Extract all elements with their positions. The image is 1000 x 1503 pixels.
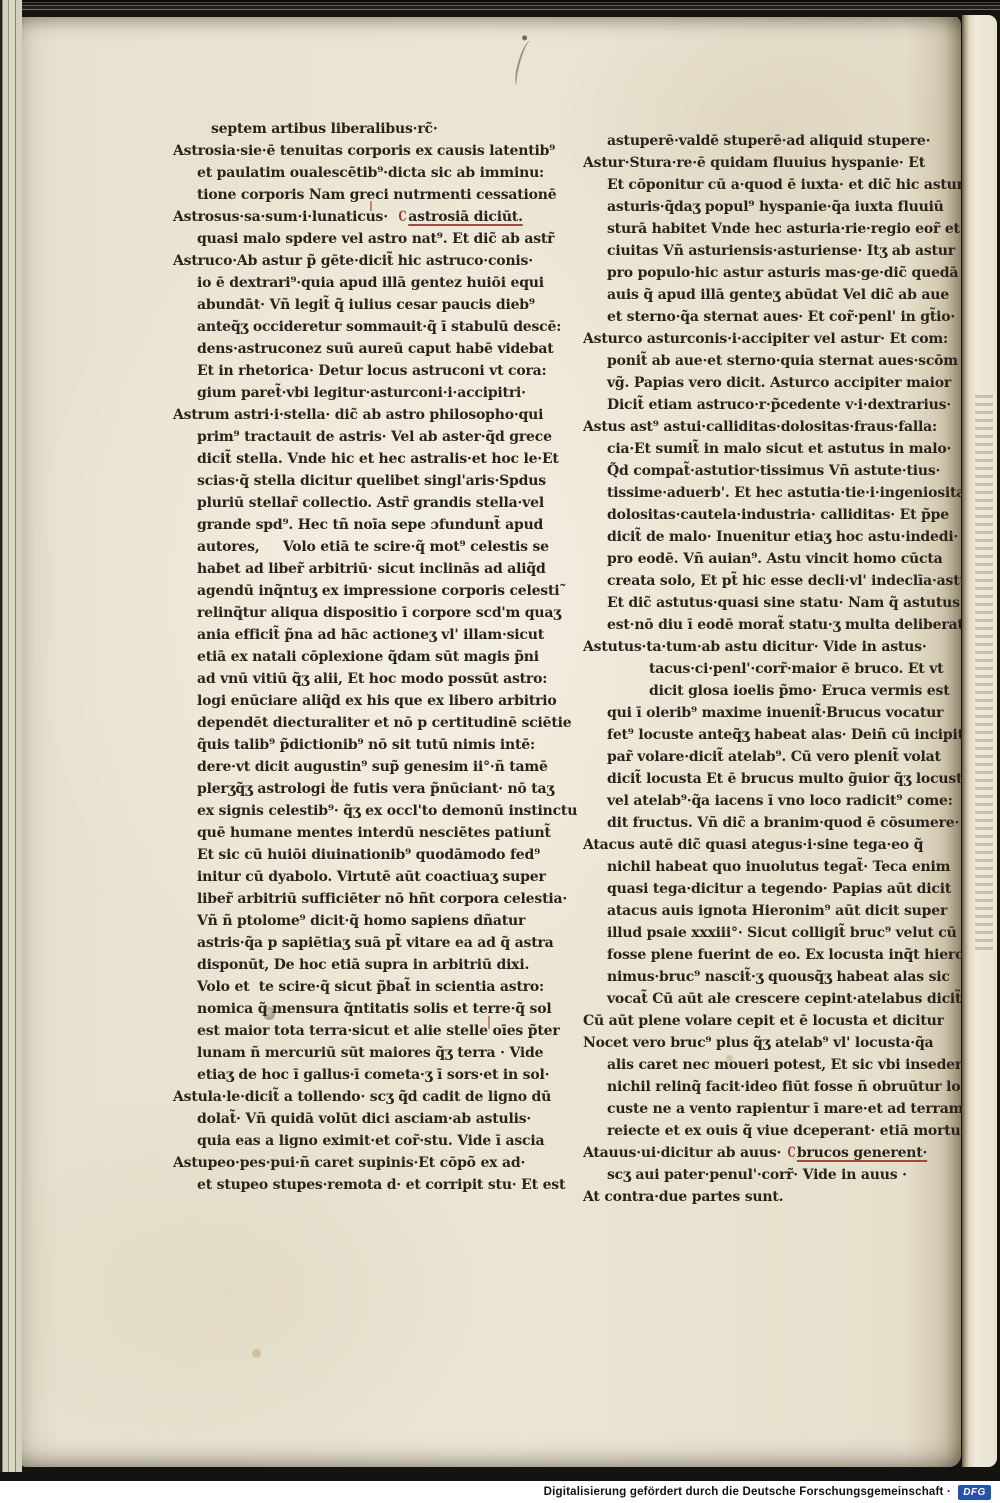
manuscript-text-line: dicit glosa ioelis p̃mo· Eruca vermis es… [649,680,979,702]
manuscript-text-line: vg̃. Papias vero dicit. Asturco accipite… [607,372,979,394]
manuscript-text-line: tacus·ci·penl'·corr̃·maior ē bruco. Et v… [649,658,979,680]
manuscript-text-line: ania efficit̃ p̃na ad hāc actioneʒ vl' i… [197,624,569,646]
manuscript-text-line: abundāt· Vñ legit̃ q̃ iulius cesar pauci… [197,294,569,316]
manuscript-text-line: dolositas·cautela·industria· calliditas·… [607,504,979,526]
manuscript-text-line: vocat̃ Cū aūt ale crescere cepint·atelab… [607,988,979,1010]
manuscript-text-line: ciuitas Vñ asturiensis·asturiense· Itʒ a… [607,240,979,262]
manuscript-text-line: dicit̃ locusta Et ē brucus multo g̃uior … [607,768,979,790]
ink-smudge-mark [513,39,536,87]
dfg-logo: DFG [958,1485,991,1500]
page-stack-edge-left [0,0,22,1472]
text-column-left: septem artibus liberalibus·rc̃·Astrosia·… [173,118,569,1196]
manuscript-text-line: Et cōponitur cū a·quod ē iuxta· et dic̃ … [607,174,979,196]
footer-credit-text: Digitalisierung gefördert durch die Deut… [544,1486,951,1498]
manuscript-text-line: Astupeo·pes·pui·ñ caret supinis·Et cōpõ … [173,1152,569,1174]
manuscript-text-line: ad vnū vitiū q̃ʒ alii, Et hoc modo possū… [197,668,569,690]
rubric-paragraph-mark: C [787,1142,795,1164]
manuscript-text-line: scʒ aui pater·penul'·corr̃· Vide in auus… [607,1164,979,1186]
parchment-stain [252,1349,261,1358]
manuscript-text-line: plerʒq̃ʒ astrologi de futis vera p̃nūcia… [197,778,569,800]
manuscript-text-line: etiaʒ de hoc ī gallus·ī cometa·ʒ ī sors·… [197,1064,569,1086]
manuscript-text-line: est maior tota terra·sicut et alie stell… [197,1020,569,1042]
manuscript-text-line: Vñ ñ ptolome⁹ dicit·q̃ homo sapiens dñat… [197,910,569,932]
manuscript-text-line: nomica q̃ mensura q̃ntitatis solis et te… [197,998,569,1020]
manuscript-text-line: pro eodē. Vñ auian⁹. Astu vincit homo cū… [607,548,979,570]
manuscript-text-line: quē humane mentes interdū nesciētes pati… [197,822,569,844]
manuscript-text-line: dicit̃ stella. Vnde hic et hec astralis·… [197,448,569,470]
manuscript-text-line: dicit̃ de malo· Inuenitur etiaʒ hoc astu… [607,526,979,548]
manuscript-text-line: astuperē·valdē stuperē·ad aliquid stuper… [607,130,979,152]
manuscript-text-line: dere·vt dicit augustin⁹ sup̃ genesim ii°… [197,756,569,778]
manuscript-text-line: disponūt, De hoc etiā supra in arbitriū … [197,954,569,976]
manuscript-text-line: gium paret̃·vbi legitur·asturconi·i·acci… [197,382,569,404]
manuscript-text-line: dependēt diecturaliter et nō p certitudi… [197,712,569,734]
manuscript-text-line: ex signis celestib⁹· q̃ʒ ex occl'to demo… [197,800,569,822]
manuscript-text-line: et sterno·q̃a sternat aues· Et cor̃·penl… [607,306,979,328]
manuscript-text-line: Atauus·ui·dicitur ab auus· Cbrucos gener… [583,1142,979,1164]
manuscript-text-line: io ē dextrari⁹·quia apud illā gentez hui… [197,272,569,294]
manuscript-text-line: sturā habitet Vnde hec asturia·rie·regio… [607,218,979,240]
manuscript-text-line: fet⁹ locuste anteq̃ʒ habeat alas· Deiñ c… [607,724,979,746]
manuscript-text-line: Et dic̃ astutus·quasi sine statu· Nam q̃… [607,592,979,614]
digitization-footer: Digitalisierung gefördert durch die Deut… [0,1481,1000,1503]
digitized-book-scan: septem artibus liberalibus·rc̃·Astrosia·… [0,0,1000,1503]
manuscript-text-line: Atacus autē dic̃ quasi ategus·i·sine teg… [583,834,979,856]
manuscript-text-line: Astutus·ta·tum·ab astu dicitur· Vide in … [583,636,979,658]
manuscript-text-line: quasi malo spdere vel astro nat⁹. Et dic… [197,228,569,250]
manuscript-text-line: quia eas a ligno eximit·et cor̃·stu. Vid… [197,1130,569,1152]
manuscript-text-line: autores, Volo etiā te scire·q̃ mot⁹ cele… [197,536,569,558]
manuscript-text-line: etiā ex natali cōplexione q̃dam sūt magi… [197,646,569,668]
manuscript-text-line: nichil habeat quo inuolutus tegat̃· Teca… [607,856,979,878]
manuscript-text-line: Astur·Stura·re·ē quidam fluuius hyspanie… [583,152,979,174]
next-page-ghost-text [975,395,993,955]
manuscript-text-line: creata solo, Et pt̃ hic esse decli·vl' i… [607,570,979,592]
manuscript-text-line: Cū aūt plene volare cepit et ē locusta e… [583,1010,979,1032]
manuscript-text-line: dens·astruconez suū aureū caput habē vid… [197,338,569,360]
manuscript-text-line: tione corporis Nam greci nutrmenti cessa… [197,184,569,206]
manuscript-text-line: Astruco·Ab astur p̃ gēte·dicit̃ hic astr… [173,250,569,272]
manuscript-text-line: custe ne a vento rapientur ī mare·et ad … [607,1098,979,1120]
manuscript-text-line: par̃ volare·dicit̃ atelab⁹. Cū vero plen… [607,746,979,768]
manuscript-text-line: At contra·due partes sunt. [583,1186,979,1208]
manuscript-text-line: cia·Et sumit̃ in malo sicut et astutus i… [607,438,979,460]
manuscript-text-line: Astrosia·sie·ē tenuitas corporis ex caus… [173,140,569,162]
manuscript-text-line: Asturco asturconis·i·accipiter vel astur… [583,328,979,350]
manuscript-text-line: lunam ñ mercuriū sūt maiores q̃ʒ terra ·… [197,1042,569,1064]
manuscript-text-line: qui ī olerib⁹ maxime inuenit̃·Brucus voc… [607,702,979,724]
text-column-right: astuperē·valdē stuperē·ad aliquid stuper… [583,130,979,1208]
manuscript-text-line: relinq̃tur aliqua dispositio ī corpore s… [197,602,569,624]
manuscript-text-line: illud psaie xxxiii°· Sicut colligit̃ bru… [607,922,979,944]
manuscript-text-line: logi enūciare aliq̃d ex his que ex liber… [197,690,569,712]
manuscript-text-line: prim⁹ tractauit de astris· Vel ab aster·… [197,426,569,448]
manuscript-text-line: Nocet vero bruc⁹ plus q̃ʒ atelab⁹ vl' lo… [583,1032,979,1054]
manuscript-text-line: Astrum astri·i·stella· dic̃ ab astro phi… [173,404,569,426]
manuscript-text-line: auis q̃ apud illā genteʒ abūdat Vel dic̃… [607,284,979,306]
manuscript-text-line: habet ad liber̃ arbitriū· sicut inclinās… [197,558,569,580]
rubric-paragraph-mark: C [399,206,407,228]
manuscript-text-line: Q̃d compat̃·astutior·tissimus Vñ astute·… [607,460,979,482]
manuscript-text-line: Volo et te scire·q̃ sicut p̃bat̃ in scie… [197,976,569,998]
book-fore-edge-top [0,0,1000,17]
manuscript-text-line: nichil relinq̃ facit·ideo fiūt fosse ñ o… [607,1076,979,1098]
manuscript-text-line: dit fructus. Vñ dic̃ a branim·quod ē cōs… [607,812,979,834]
manuscript-text-line: quasi tega·dicitur a tegendo· Papias aūt… [607,878,979,900]
manuscript-text-line: agendū inq̃ntuʒ ex impressione corporis … [197,580,569,602]
rubric-underlined-text: brucos generent· [797,1145,927,1161]
manuscript-text-line: astris·q̃a p sapiētiaʒ suā pt̃ vitare ea… [197,932,569,954]
manuscript-text-line: et paulatim oualescētib⁹·dicta sic ab im… [197,162,569,184]
manuscript-text-line: vel atelab⁹·q̃a iacens ī vno loco radici… [607,790,979,812]
rubric-underlined-text: astrosiā diciūt. [408,209,523,225]
manuscript-text-line: Astrosus·sa·sum·i·lunaticus· Castrosiā d… [173,206,569,228]
manuscript-text-line: ponit̃ ab aue·et sterno·quia sternat aue… [607,350,979,372]
manuscript-text-line: dolat̃· Vñ quidā volūt dici asciam·ab as… [197,1108,569,1130]
manuscript-text-line: et stupeo stupes·remota d· et corripit s… [197,1174,569,1196]
manuscript-text-line: tissime·aduerb'. Et hec astutia·tie·i·in… [607,482,979,504]
manuscript-text-line: Dicit̃ etiam astruco·r·p̃cedente v·i·dex… [607,394,979,416]
manuscript-text-line: q̃uis talib⁹ p̃dictionib⁹ nō sit tutū ni… [197,734,569,756]
manuscript-text-line: pro populo·hic astur asturis mas·ge·dic̃… [607,262,979,284]
manuscript-text-line: Et sic cū huiōi diuinationib⁹ quodāmodo … [197,844,569,866]
manuscript-text-line: nimus·bruc⁹ nascit̃·ʒ quousq̃ʒ habeat al… [607,966,979,988]
manuscript-text-line: atacus auis ignota Hieronim⁹ aūt dicit s… [607,900,979,922]
manuscript-text-line: Astus ast⁹ astui·calliditas·dolositas·fr… [583,416,979,438]
manuscript-text-line: septem artibus liberalibus·rc̃· [211,118,569,140]
manuscript-text-line: alis caret nec moueri potest, Et sic vbi… [607,1054,979,1076]
manuscript-text-line: reiecte et ex ouis q̃ viue dceperant· et… [607,1120,979,1142]
manuscript-text-line: asturis·q̃daʒ popul⁹ hyspanie·q̃a iuxta … [607,196,979,218]
manuscript-text-line: pluriū stellar̃ collectio. Astr̃ grandis… [197,492,569,514]
manuscript-text-line: scias·q̃ stella dicitur quelibet singl'a… [197,470,569,492]
manuscript-text-line: fosse plene fuerint de eo. Ex locusta in… [607,944,979,966]
manuscript-text-line: est·nō diu ī eodē morat̃ statu·ʒ multa d… [607,614,979,636]
manuscript-text-line: grande spd⁹. Hec tñ noīa sepe ɔfundunt̃ … [197,514,569,536]
next-page-edge [962,15,997,1467]
manuscript-text-line: Et in rhetorica· Detur locus astruconi v… [197,360,569,382]
manuscript-text-line: initur cū dyabolo. Virtutē aūt coactiuaʒ… [197,866,569,888]
manuscript-text-line: Astula·le·dicit̃ a tollendo· scʒ q̃d cad… [173,1086,569,1108]
manuscript-text-line: liber̃ arbitriū sufficiēter nō hñt corpo… [197,888,569,910]
manuscript-text-line: anteq̃ʒ occideretur sommauit·q̃ ī stabul… [197,316,569,338]
